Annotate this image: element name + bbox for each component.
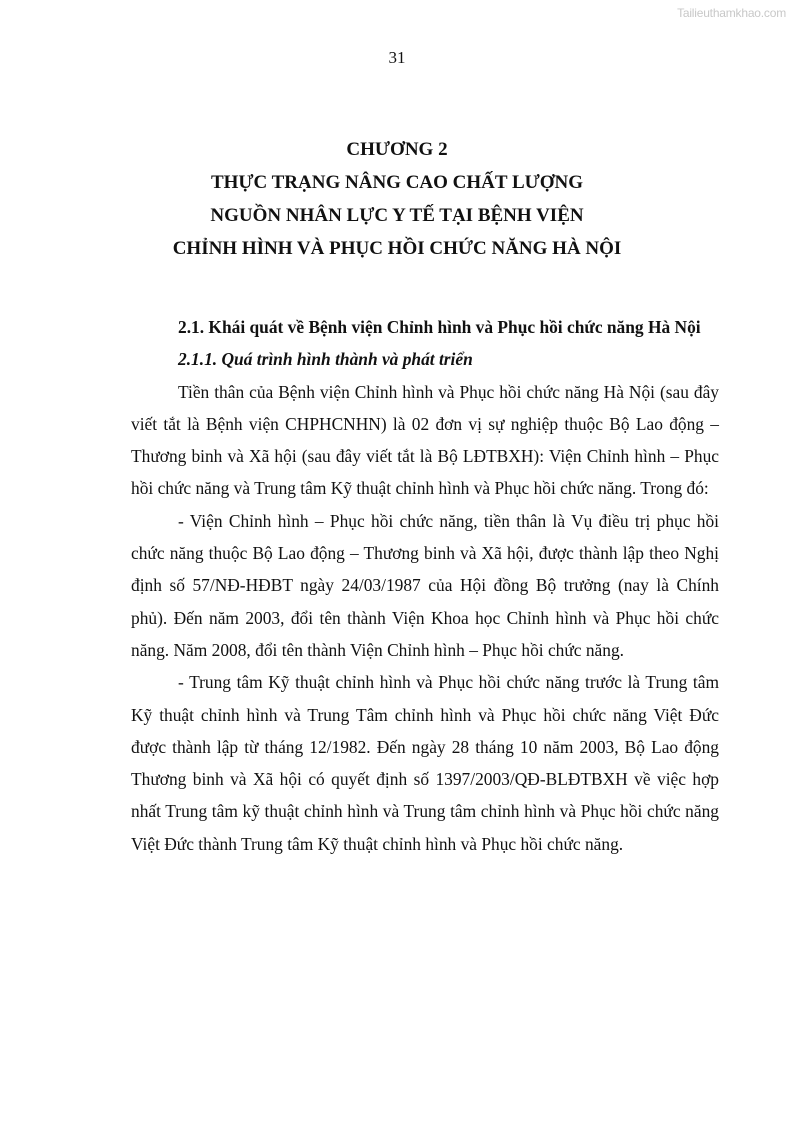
watermark: Tailieuthamkhao.com [677,6,786,20]
body-paragraph: - Viện Chỉnh hình – Phục hồi chức năng, … [131,505,719,666]
body-paragraph: - Trung tâm Kỹ thuật chỉnh hình và Phục … [131,666,719,860]
chapter-title-line: CHỈNH HÌNH VÀ PHỤC HỒI CHỨC NĂNG HÀ NỘI [0,232,794,265]
chapter-title-line: NGUỒN NHÂN LỰC Y TẾ TẠI BỆNH VIỆN [0,199,794,232]
chapter-label: CHƯƠNG 2 [0,133,794,166]
document-body: 2.1. Khái quát về Bệnh viện Chỉnh hình v… [131,311,719,860]
section-heading: 2.1. Khái quát về Bệnh viện Chỉnh hình v… [131,311,719,343]
page-number: 31 [0,48,794,68]
body-paragraph: Tiền thân của Bệnh viện Chỉnh hình và Ph… [131,376,719,505]
chapter-title-line: THỰC TRẠNG NÂNG CAO CHẤT LƯỢNG [0,166,794,199]
chapter-heading: CHƯƠNG 2 THỰC TRẠNG NÂNG CAO CHẤT LƯỢNG … [0,133,794,265]
subsection-heading: 2.1.1. Quá trình hình thành và phát triể… [131,343,719,375]
